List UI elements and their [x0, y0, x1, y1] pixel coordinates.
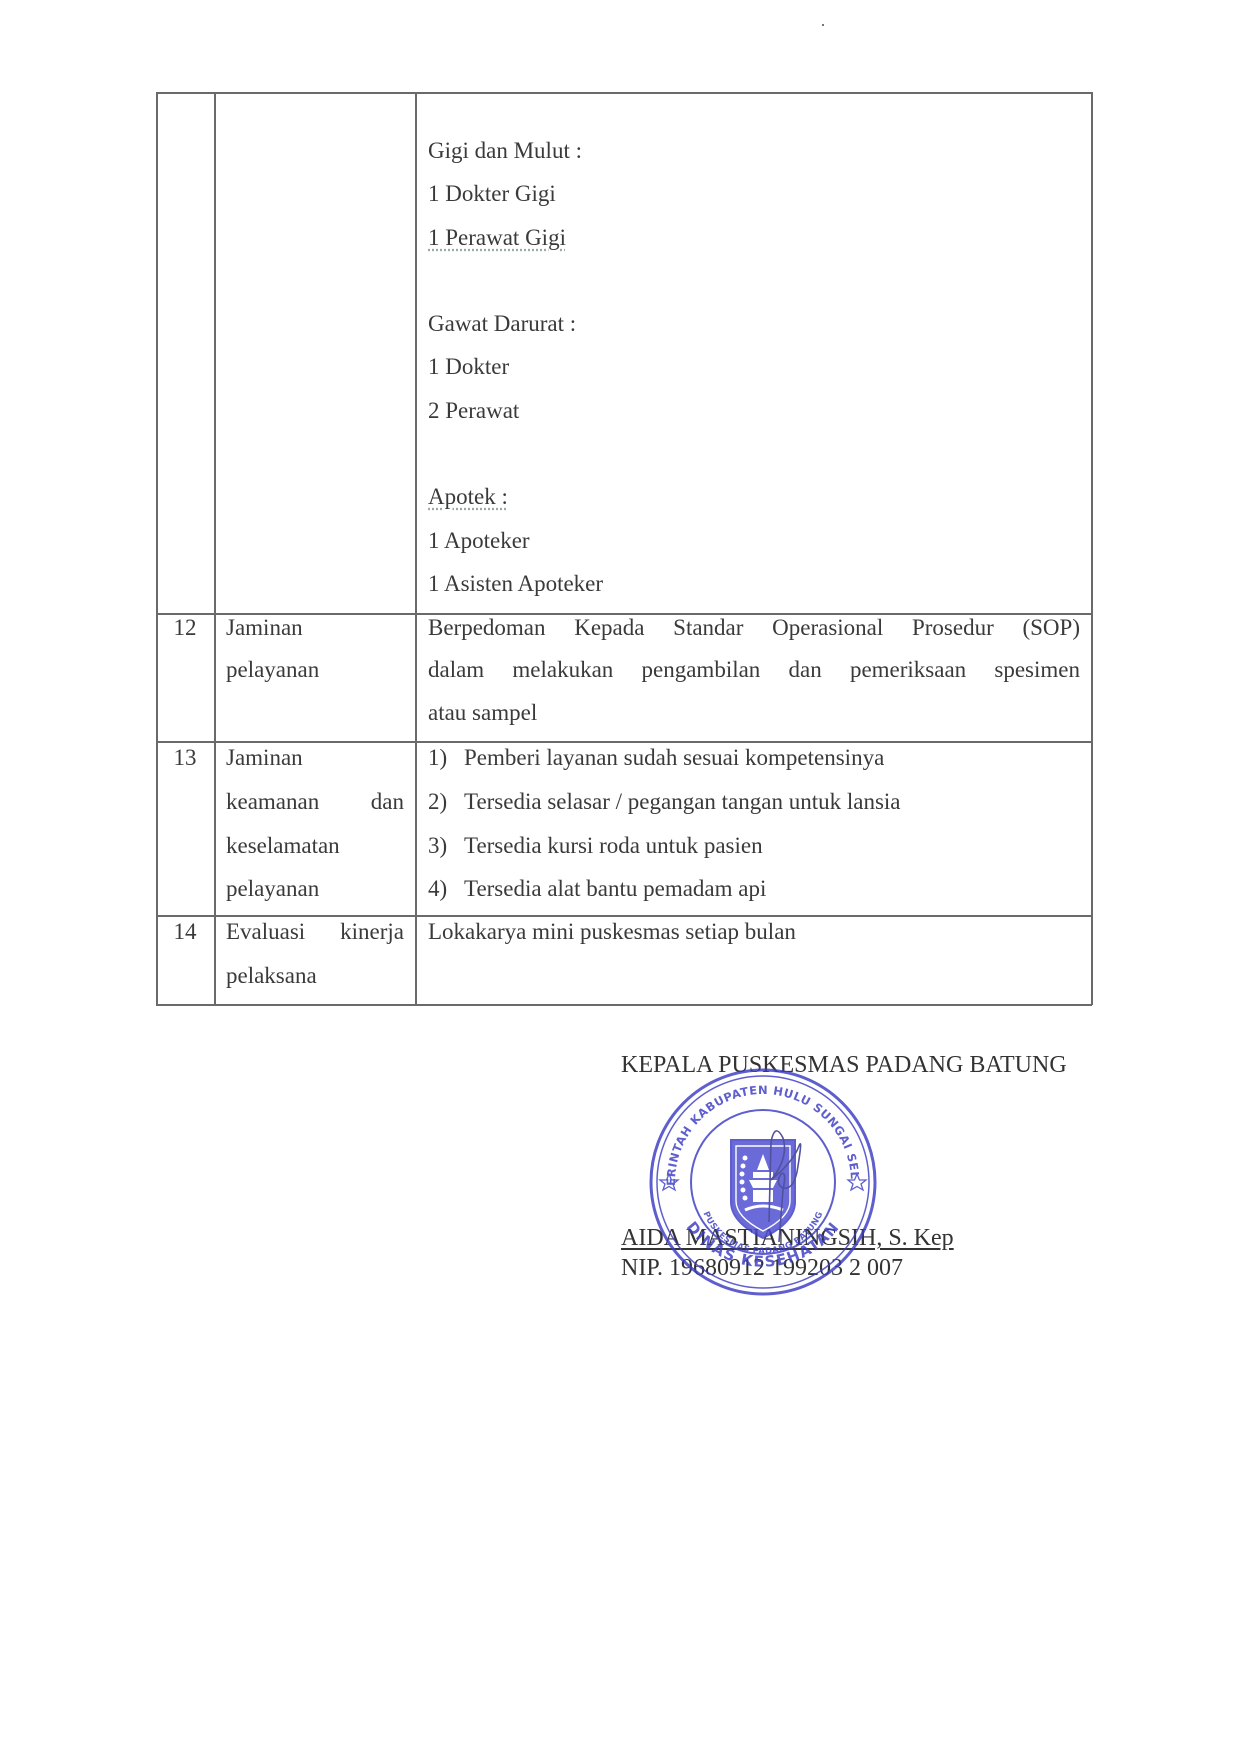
description-line: Lokakarya mini puskesmas setiap bulan [428, 919, 796, 945]
description-line-justified: dalammelakukanpengambilandanpemeriksaans… [428, 657, 1080, 683]
section-heading-apotek: Apotek : [428, 484, 508, 510]
word: Standar [673, 615, 743, 641]
table-left-border [156, 92, 158, 1005]
word: dan [789, 657, 822, 683]
component-line: Jaminan [226, 615, 303, 641]
word: Kepada [574, 615, 644, 641]
staff-item: 1 Dokter [428, 354, 509, 380]
column-divider-1 [214, 92, 216, 1005]
word: melakukan [512, 657, 613, 683]
list-item: 4)Tersedia alat bantu pemadam api [428, 876, 766, 902]
word: (SOP) [1022, 615, 1080, 641]
list-marker: 2) [428, 789, 464, 815]
section-heading-gawat-darurat: Gawat Darurat : [428, 311, 576, 337]
description-line: atau sampel [428, 700, 537, 726]
signatory-nip: NIP. 19680912 199203 2 007 [621, 1254, 903, 1282]
word: keamanan [226, 789, 319, 815]
word: Prosedur [912, 615, 994, 641]
row-number: 13 [156, 745, 214, 771]
list-text: Tersedia selasar / pegangan tangan untuk… [464, 789, 901, 814]
staff-item: 1 Apoteker [428, 528, 530, 554]
component-line: keselamatan [226, 833, 340, 859]
list-marker: 1) [428, 745, 464, 771]
list-marker: 4) [428, 876, 464, 902]
word: spesimen [994, 657, 1080, 683]
list-item: 1)Pemberi layanan sudah sesuai kompetens… [428, 745, 884, 771]
list-item: 3)Tersedia kursi roda untuk pasien [428, 833, 763, 859]
row-14-top-border [156, 915, 1092, 917]
list-text: Tersedia kursi roda untuk pasien [464, 833, 763, 858]
component-line: pelayanan [226, 876, 319, 902]
star-icon [660, 1174, 866, 1190]
section-heading-gigi-mulut: Gigi dan Mulut : [428, 138, 582, 164]
signatory-title: KEPALA PUSKESMAS PADANG BATUNG [621, 1051, 1067, 1079]
component-line-justified: Evaluasikinerja [226, 919, 404, 945]
row-number: 12 [156, 615, 214, 641]
staff-item: 1 Asisten Apoteker [428, 571, 603, 597]
component-line: Jaminan [226, 745, 303, 771]
component-line: pelaksana [226, 963, 317, 989]
description-line-justified: BerpedomanKepadaStandarOperasionalProsed… [428, 615, 1080, 641]
word: Evaluasi [226, 919, 305, 945]
table-bottom-border [156, 1004, 1092, 1006]
word: kinerja [340, 919, 404, 945]
row-number: 14 [156, 919, 214, 945]
list-text: Tersedia alat bantu pemadam api [464, 876, 766, 901]
scan-speck [822, 24, 824, 26]
word: pengambilan [642, 657, 761, 683]
staff-item: 1 Perawat Gigi [428, 225, 566, 251]
table-right-border [1091, 92, 1093, 1005]
signatory-name: AIDA MASTIANINGSIH, S. Kep [621, 1224, 954, 1252]
word: pemeriksaan [850, 657, 966, 683]
staff-item: 1 Dokter Gigi [428, 181, 556, 207]
word: dalam [428, 657, 484, 683]
component-line-justified: keamanandan [226, 789, 404, 815]
list-marker: 3) [428, 833, 464, 859]
component-line: pelayanan [226, 657, 319, 683]
svg-text:PEMERINTAH KABUPATEN HULU SUNG: PEMERINTAH KABUPATEN HULU SUNGAI SELATAN [643, 1062, 862, 1186]
row-13-top-border [156, 741, 1092, 743]
table-top-border [156, 92, 1092, 94]
list-text: Pemberi layanan sudah sesuai kompetensin… [464, 745, 884, 770]
staff-item: 2 Perawat [428, 398, 519, 424]
word: Berpedoman [428, 615, 546, 641]
word: dan [371, 789, 404, 815]
column-divider-2 [415, 92, 417, 1005]
list-item: 2)Tersedia selasar / pegangan tangan unt… [428, 789, 901, 815]
document-page: Gigi dan Mulut : 1 Dokter Gigi 1 Perawat… [0, 0, 1240, 1753]
word: Operasional [772, 615, 883, 641]
